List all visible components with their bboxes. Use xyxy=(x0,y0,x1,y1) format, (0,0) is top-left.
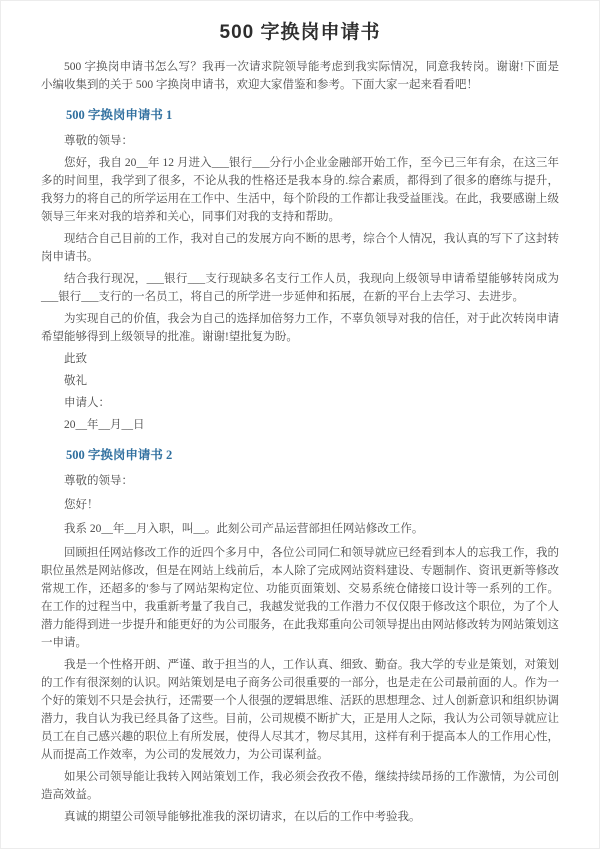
document-page: 500 字换岗申请书 500 字换岗申请书怎么写？我再一次请求院领导能考虑到我实… xyxy=(1,1,599,826)
closing-cizhi: 此致 xyxy=(41,350,559,368)
paragraph: 回顾担任网站修改工作的近四个多月中，各位公司同仁和领导就应已经看到本人的忘我工作… xyxy=(41,544,559,652)
paragraph: 我系 20__年__月入职，叫__。此刻公司产品运营部担任网站修改工作。 xyxy=(41,520,559,538)
greeting: 您好！ xyxy=(41,496,559,514)
intro-paragraph: 500 字换岗申请书怎么写？我再一次请求院领导能考虑到我实际情况，同意我转岗。谢… xyxy=(41,58,559,94)
section-2-heading: 500 字换岗申请书 2 xyxy=(41,447,559,463)
date-line: 20__年__月__日 xyxy=(41,416,559,434)
paragraph: 如果公司领导能让我转入网站策划工作，我必须会孜孜不倦，继续持续昂扬的工作激情，为… xyxy=(41,768,559,804)
section-1-heading: 500 字换岗申请书 1 xyxy=(41,107,559,123)
paragraph: 您好，我自 20__年 12 月进入___银行___分行小企业金融部开始工作，至… xyxy=(41,154,559,226)
page-title: 500 字换岗申请书 xyxy=(41,21,559,45)
paragraph: 我是一个性格开朗、严谨、敢于担当的人，工作认真、细致、勤奋。我大学的专业是策划，… xyxy=(41,656,559,764)
paragraph: 真诚的期望公司领导能够批准我的深切请求，在以后的工作中考验我。 xyxy=(41,808,559,826)
paragraph: 为实现自己的价值，我会为自己的选择加倍努力工作，不辜负领导对我的信任，对于此次转… xyxy=(41,310,559,346)
applicant-line: 申请人： xyxy=(41,394,559,412)
salutation: 尊敬的领导： xyxy=(41,472,559,490)
paragraph: 结合我行现况，___银行___支行现缺多名支行工作人员，我现向上级领导申请希望能… xyxy=(41,270,559,306)
salutation: 尊敬的领导： xyxy=(41,132,559,150)
section-1: 500 字换岗申请书 1 尊敬的领导： 您好，我自 20__年 12 月进入__… xyxy=(41,107,559,434)
closing-jingli: 敬礼 xyxy=(41,372,559,390)
section-2: 500 字换岗申请书 2 尊敬的领导： 您好！ 我系 20__年__月入职，叫_… xyxy=(41,447,559,826)
paragraph: 现结合自己目前的工作，我对自己的发展方向不断的思考，综合个人情况，我认真的写下了… xyxy=(41,230,559,266)
